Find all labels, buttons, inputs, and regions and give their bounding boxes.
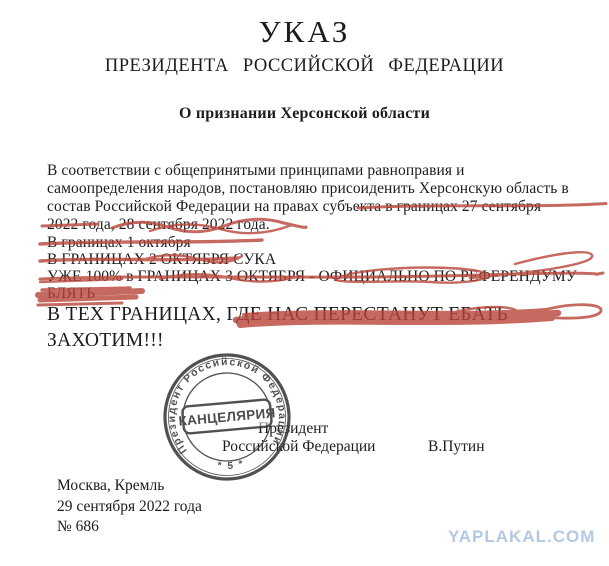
chancellery-stamp: Президент Российской Федерации * 5 * КАН… — [160, 350, 294, 484]
footer-date: 29 сентября 2022 года — [57, 498, 202, 516]
body-line-8: БЛЯТЬ — [47, 285, 95, 303]
decree-subtitle: ПРЕЗИДЕНТА РОССИЙСКОЙ ФЕДЕРАЦИИ — [0, 56, 609, 77]
decree-heading: О признании Херсонской области — [0, 105, 609, 123]
footer-number: № 686 — [57, 518, 99, 536]
body-line-3: состав Российской Федерации на правах су… — [47, 198, 541, 216]
signature-name: В.Путин — [428, 438, 485, 456]
strike-big-right-loop — [530, 305, 601, 318]
body-line-7: УЖЕ 100% в ГРАНИЦАХ 3 ОКТЯБРЯ - ОФИЦИАЛЬ… — [47, 268, 577, 286]
emphasis-line-2: ЗАХОТИМ!!! — [47, 330, 164, 352]
body-line-4: 2022 года, 28 сентября 2022 года. — [47, 216, 270, 234]
body-line-2: самоопределения народов, постановляю при… — [47, 180, 569, 198]
decree-title: УКАЗ — [0, 14, 609, 50]
emphasis-line-1: В ТЕХ ГРАНИЦАХ, ГДЕ НАС ПЕРЕСТАНУТ ЕБАТЬ — [47, 304, 508, 326]
body-line-5: В границах 1 октября — [47, 234, 191, 252]
body-line-1: В соответствии с общепринятыми принципам… — [47, 162, 465, 180]
body-line-6: В ГРАНИЦАХ 2 ОКТЯБРЯ СУКА — [47, 251, 276, 269]
decree-document: УКАЗ ПРЕЗИДЕНТА РОССИЙСКОЙ ФЕДЕРАЦИИ О п… — [0, 0, 609, 566]
site-watermark: YAPLAKAL.COM — [448, 527, 595, 547]
footer-place: Москва, Кремль — [57, 477, 164, 495]
